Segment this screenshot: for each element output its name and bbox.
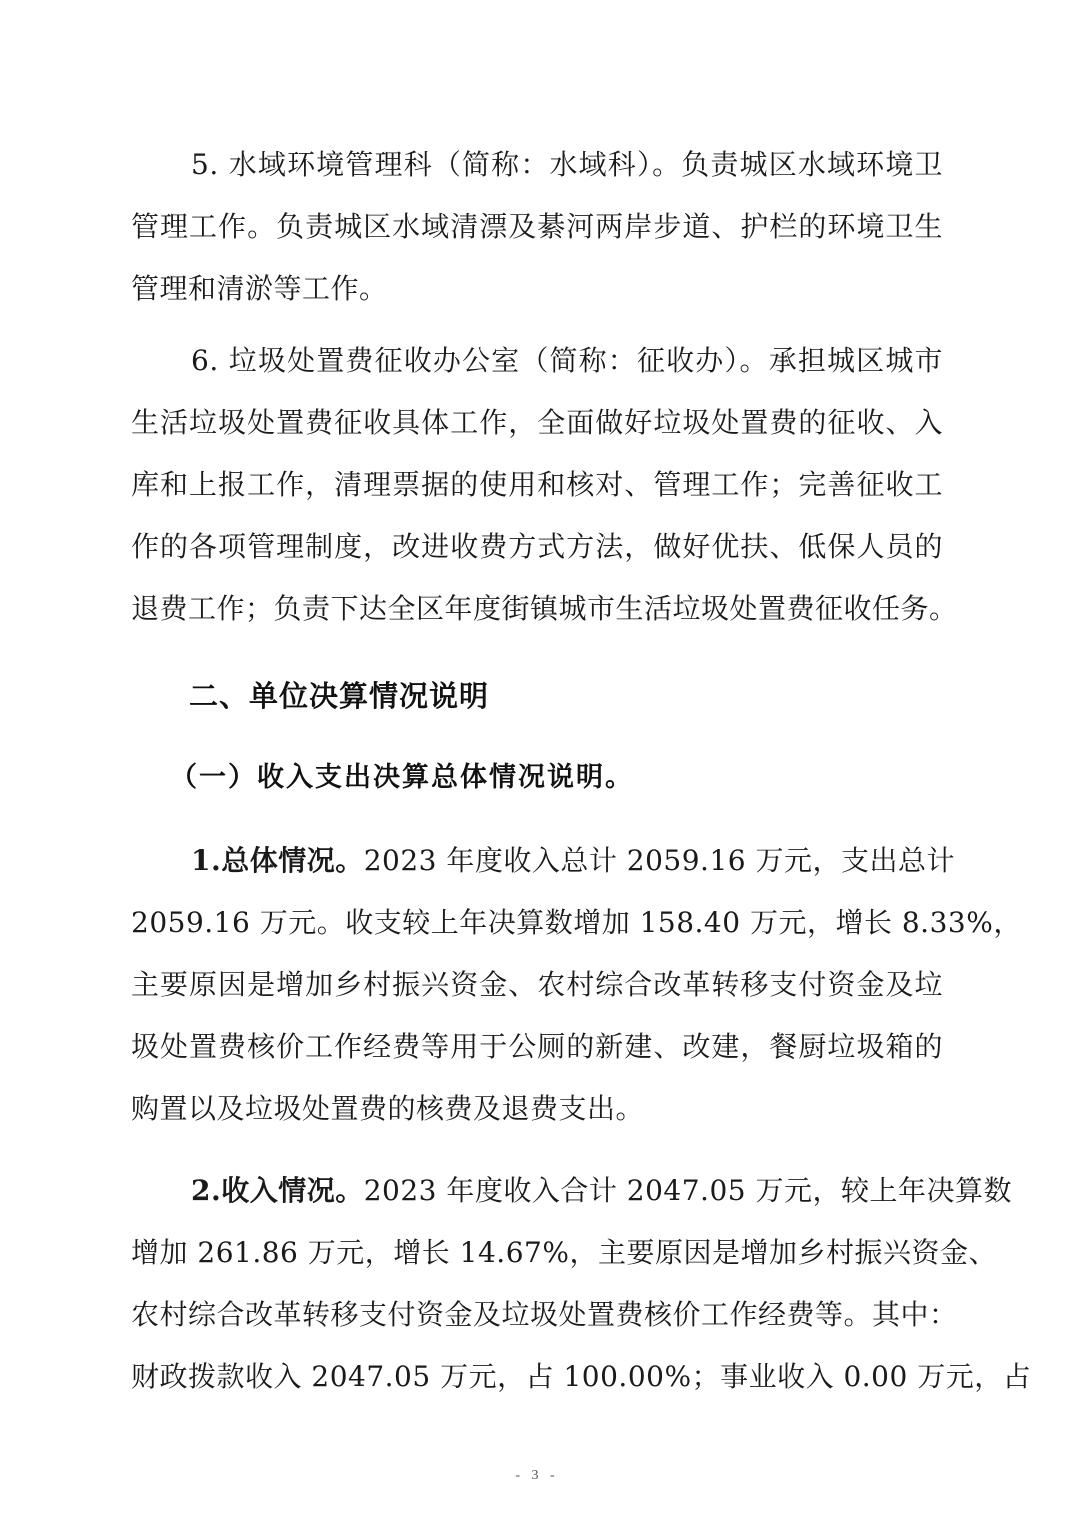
paragraph-item-5: 5. 水域环境管理科（简称：水域科）。负责城区水域环境卫 管理工作。负责城区水域…: [131, 134, 943, 320]
text-line: 2059.16 万元。收支较上年决算数增加 158.40 万元，增长 8.33%…: [131, 892, 943, 954]
text-line: 圾处置费核价工作经费等用于公厕的新建、改建，餐厨垃圾箱的: [131, 1016, 943, 1078]
paragraph-item-6: 6. 垃圾处置费征收办公室（简称：征收办）。承担城区城市 生活垃圾处置费征收具体…: [131, 330, 943, 640]
text-line: 农村综合改革转移支付资金及垃圾处置费核价工作经费等。其中：: [131, 1284, 943, 1346]
subsection-heading: （一）收入支出决算总体情况说明。: [170, 752, 634, 804]
text-line: 生活垃圾处置费征收具体工作，全面做好垃圾处置费的征收、入: [131, 392, 943, 454]
text-line: 主要原因是增加乡村振兴资金、农村综合改革转移支付资金及垃: [131, 954, 943, 1016]
text-segment: 2023 年度收入合计 2047.05 万元，较上年决算数: [364, 1174, 1012, 1207]
text-line: 管理和清淤等工作。: [131, 258, 943, 320]
text-line: 5. 水域环境管理科（简称：水域科）。负责城区水域环境卫: [131, 134, 943, 196]
paragraph-overall: 1.总体情况。2023 年度收入总计 2059.16 万元，支出总计 2059.…: [131, 830, 943, 1140]
text-line: 退费工作；负责下达全区年度街镇城市生活垃圾处置费征收任务。: [131, 578, 943, 640]
text-line: 财政拨款收入 2047.05 万元，占 100.00%；事业收入 0.00 万元…: [131, 1346, 943, 1408]
text-line: 库和上报工作，清理票据的使用和核对、管理工作；完善征收工: [131, 454, 943, 516]
text-line: 6. 垃圾处置费征收办公室（简称：征收办）。承担城区城市: [131, 330, 943, 392]
paragraph-income: 2.收入情况。2023 年度收入合计 2047.05 万元，较上年决算数 增加 …: [131, 1160, 943, 1408]
paragraph-lead: 2.收入情况。: [191, 1174, 364, 1207]
text-line: 管理工作。负责城区水域清漂及綦河两岸步道、护栏的环境卫生: [131, 196, 943, 258]
text-line-first: 2.收入情况。2023 年度收入合计 2047.05 万元，较上年决算数: [131, 1160, 943, 1222]
text-line: 购置以及垃圾处置费的核费及退费支出。: [131, 1078, 943, 1140]
document-page: 5. 水域环境管理科（简称：水域科）。负责城区水域环境卫 管理工作。负责城区水域…: [0, 0, 1074, 1520]
text-line: 增加 261.86 万元，增长 14.67%，主要原因是增加乡村振兴资金、: [131, 1222, 943, 1284]
text-segment: 2023 年度收入总计 2059.16 万元，支出总计: [364, 844, 955, 877]
text-line-first: 1.总体情况。2023 年度收入总计 2059.16 万元，支出总计: [131, 830, 943, 892]
section-heading: 二、单位决算情况说明: [189, 670, 489, 722]
paragraph-lead: 1.总体情况。: [191, 844, 364, 877]
text-line: 作的各项管理制度，改进收费方式方法，做好优扶、低保人员的: [131, 516, 943, 578]
page-number: - 3 -: [0, 1468, 1074, 1484]
